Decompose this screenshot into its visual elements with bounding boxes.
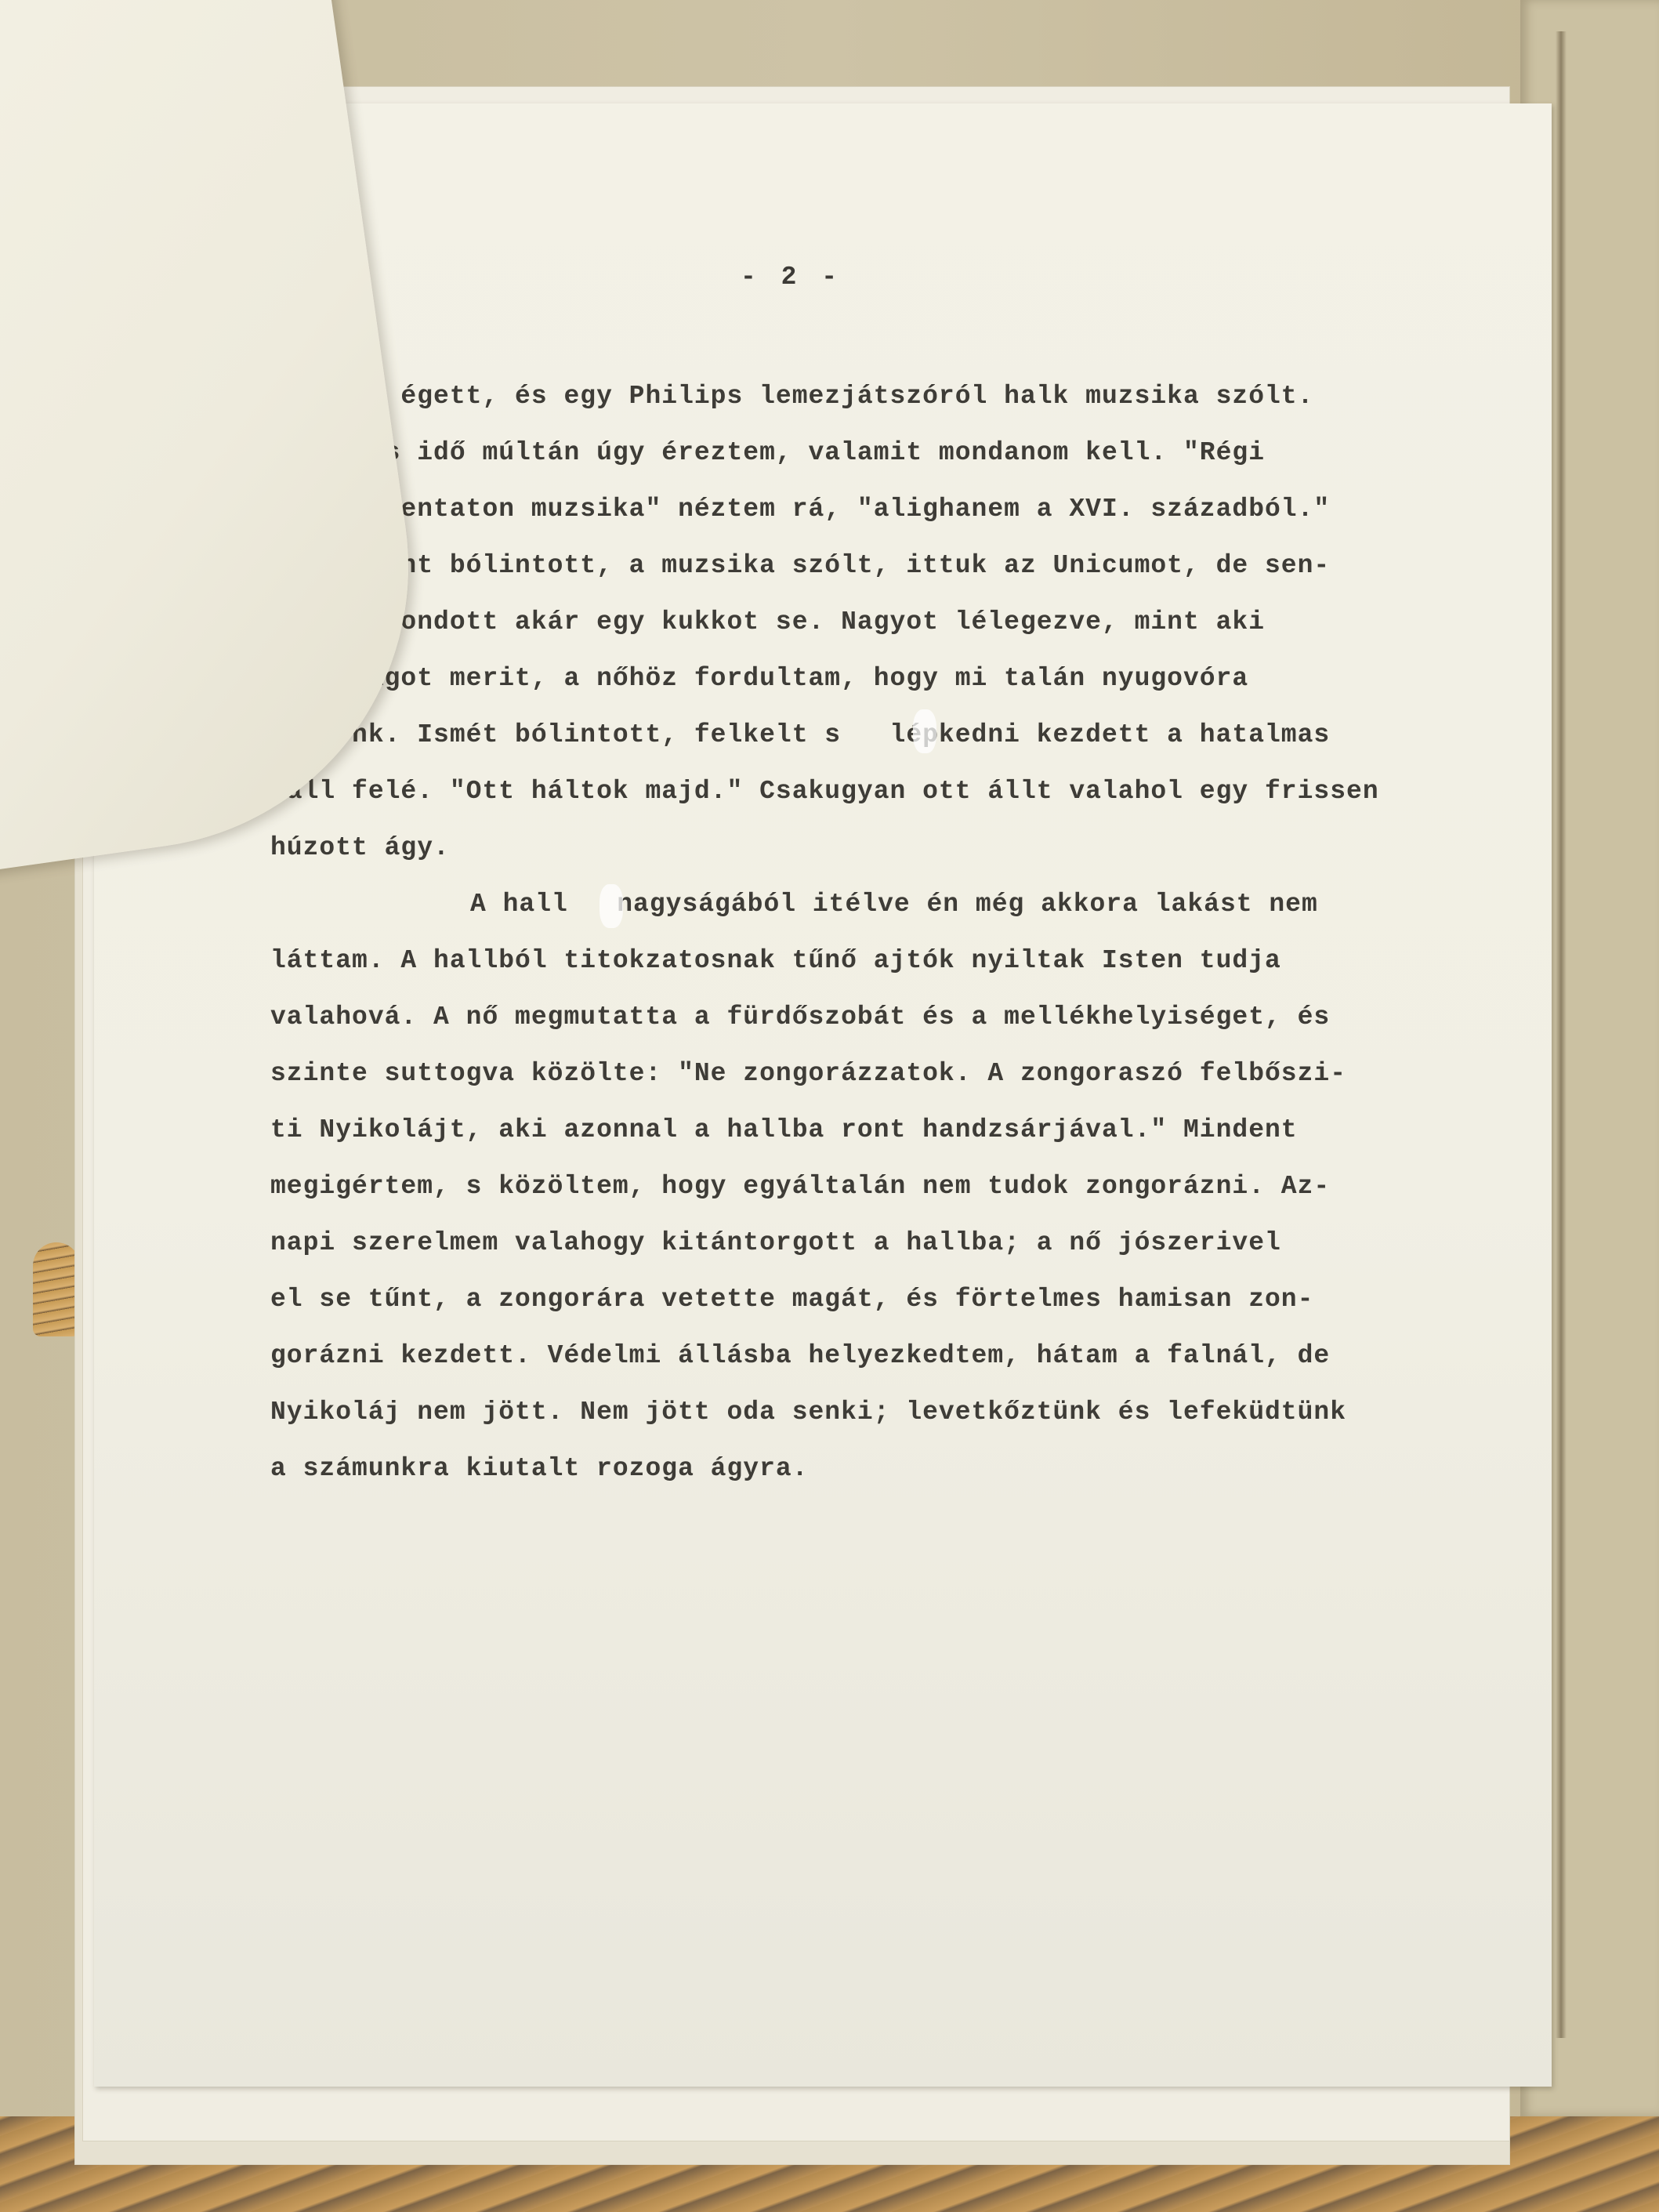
text-line: Bizonyos idő múltán úgy éreztem, valamit… [270,425,1438,481]
correction-fluid-mark [599,884,623,928]
text-line: el se tűnt, a zongorára vetette magát, é… [270,1271,1438,1328]
text-line: térnénk. Ismét bólintott, felkelt s lépk… [270,707,1438,763]
text-line: A hall nagyságából itélve én még akkora … [270,876,1438,933]
text-line: napi szerelmem valahogy kitántorgott a h… [270,1215,1438,1271]
text-line: ti Nyikolájt, aki azonnal a hallba ront … [270,1102,1438,1159]
text-line: megigértem, s közöltem, hogy egyáltalán … [270,1159,1438,1215]
text-line: szinte suttogva közölte: "Ne zongorázzat… [270,1046,1438,1102]
paragraphs: gyertya égett, és egy Philips lemezjátsz… [270,368,1438,1497]
text-line: a számunkra kiutalt rozoga ágyra. [270,1441,1438,1497]
typewritten-text: gyertya égett, és egy Philips lemezjátsz… [270,368,1438,1497]
text-line: valahová. A nő megmutatta a fürdőszobát … [270,989,1438,1046]
text-line: gyertya égett, és egy Philips lemezjátsz… [270,368,1438,425]
text-line: láttam. A hallból titokzatosnak tűnő ajt… [270,933,1438,989]
page-number: - 2 - [741,263,842,292]
text-line: bátorságot merit, a nőhöz fordultam, hog… [270,651,1438,707]
folder-torn-hole [33,1242,80,1336]
text-line: húzott ágy. [270,820,1438,876]
folder-crease [1556,31,1567,2038]
correction-fluid-mark [913,709,936,753]
text-line: magyar pentaton muzsika" néztem rá, "ali… [270,481,1438,538]
text-line: A nő igent bólintott, a muzsika szólt, i… [270,538,1438,594]
text-line: Nyikoláj nem jött. Nem jött oda senki; l… [270,1384,1438,1441]
text-line: ki nem mondott akár egy kukkot se. Nagyo… [270,594,1438,651]
text-line: gorázni kezdett. Védelmi állásba helyezk… [270,1328,1438,1384]
text-line: hall felé. "Ott háltok majd." Csakugyan … [270,763,1438,820]
